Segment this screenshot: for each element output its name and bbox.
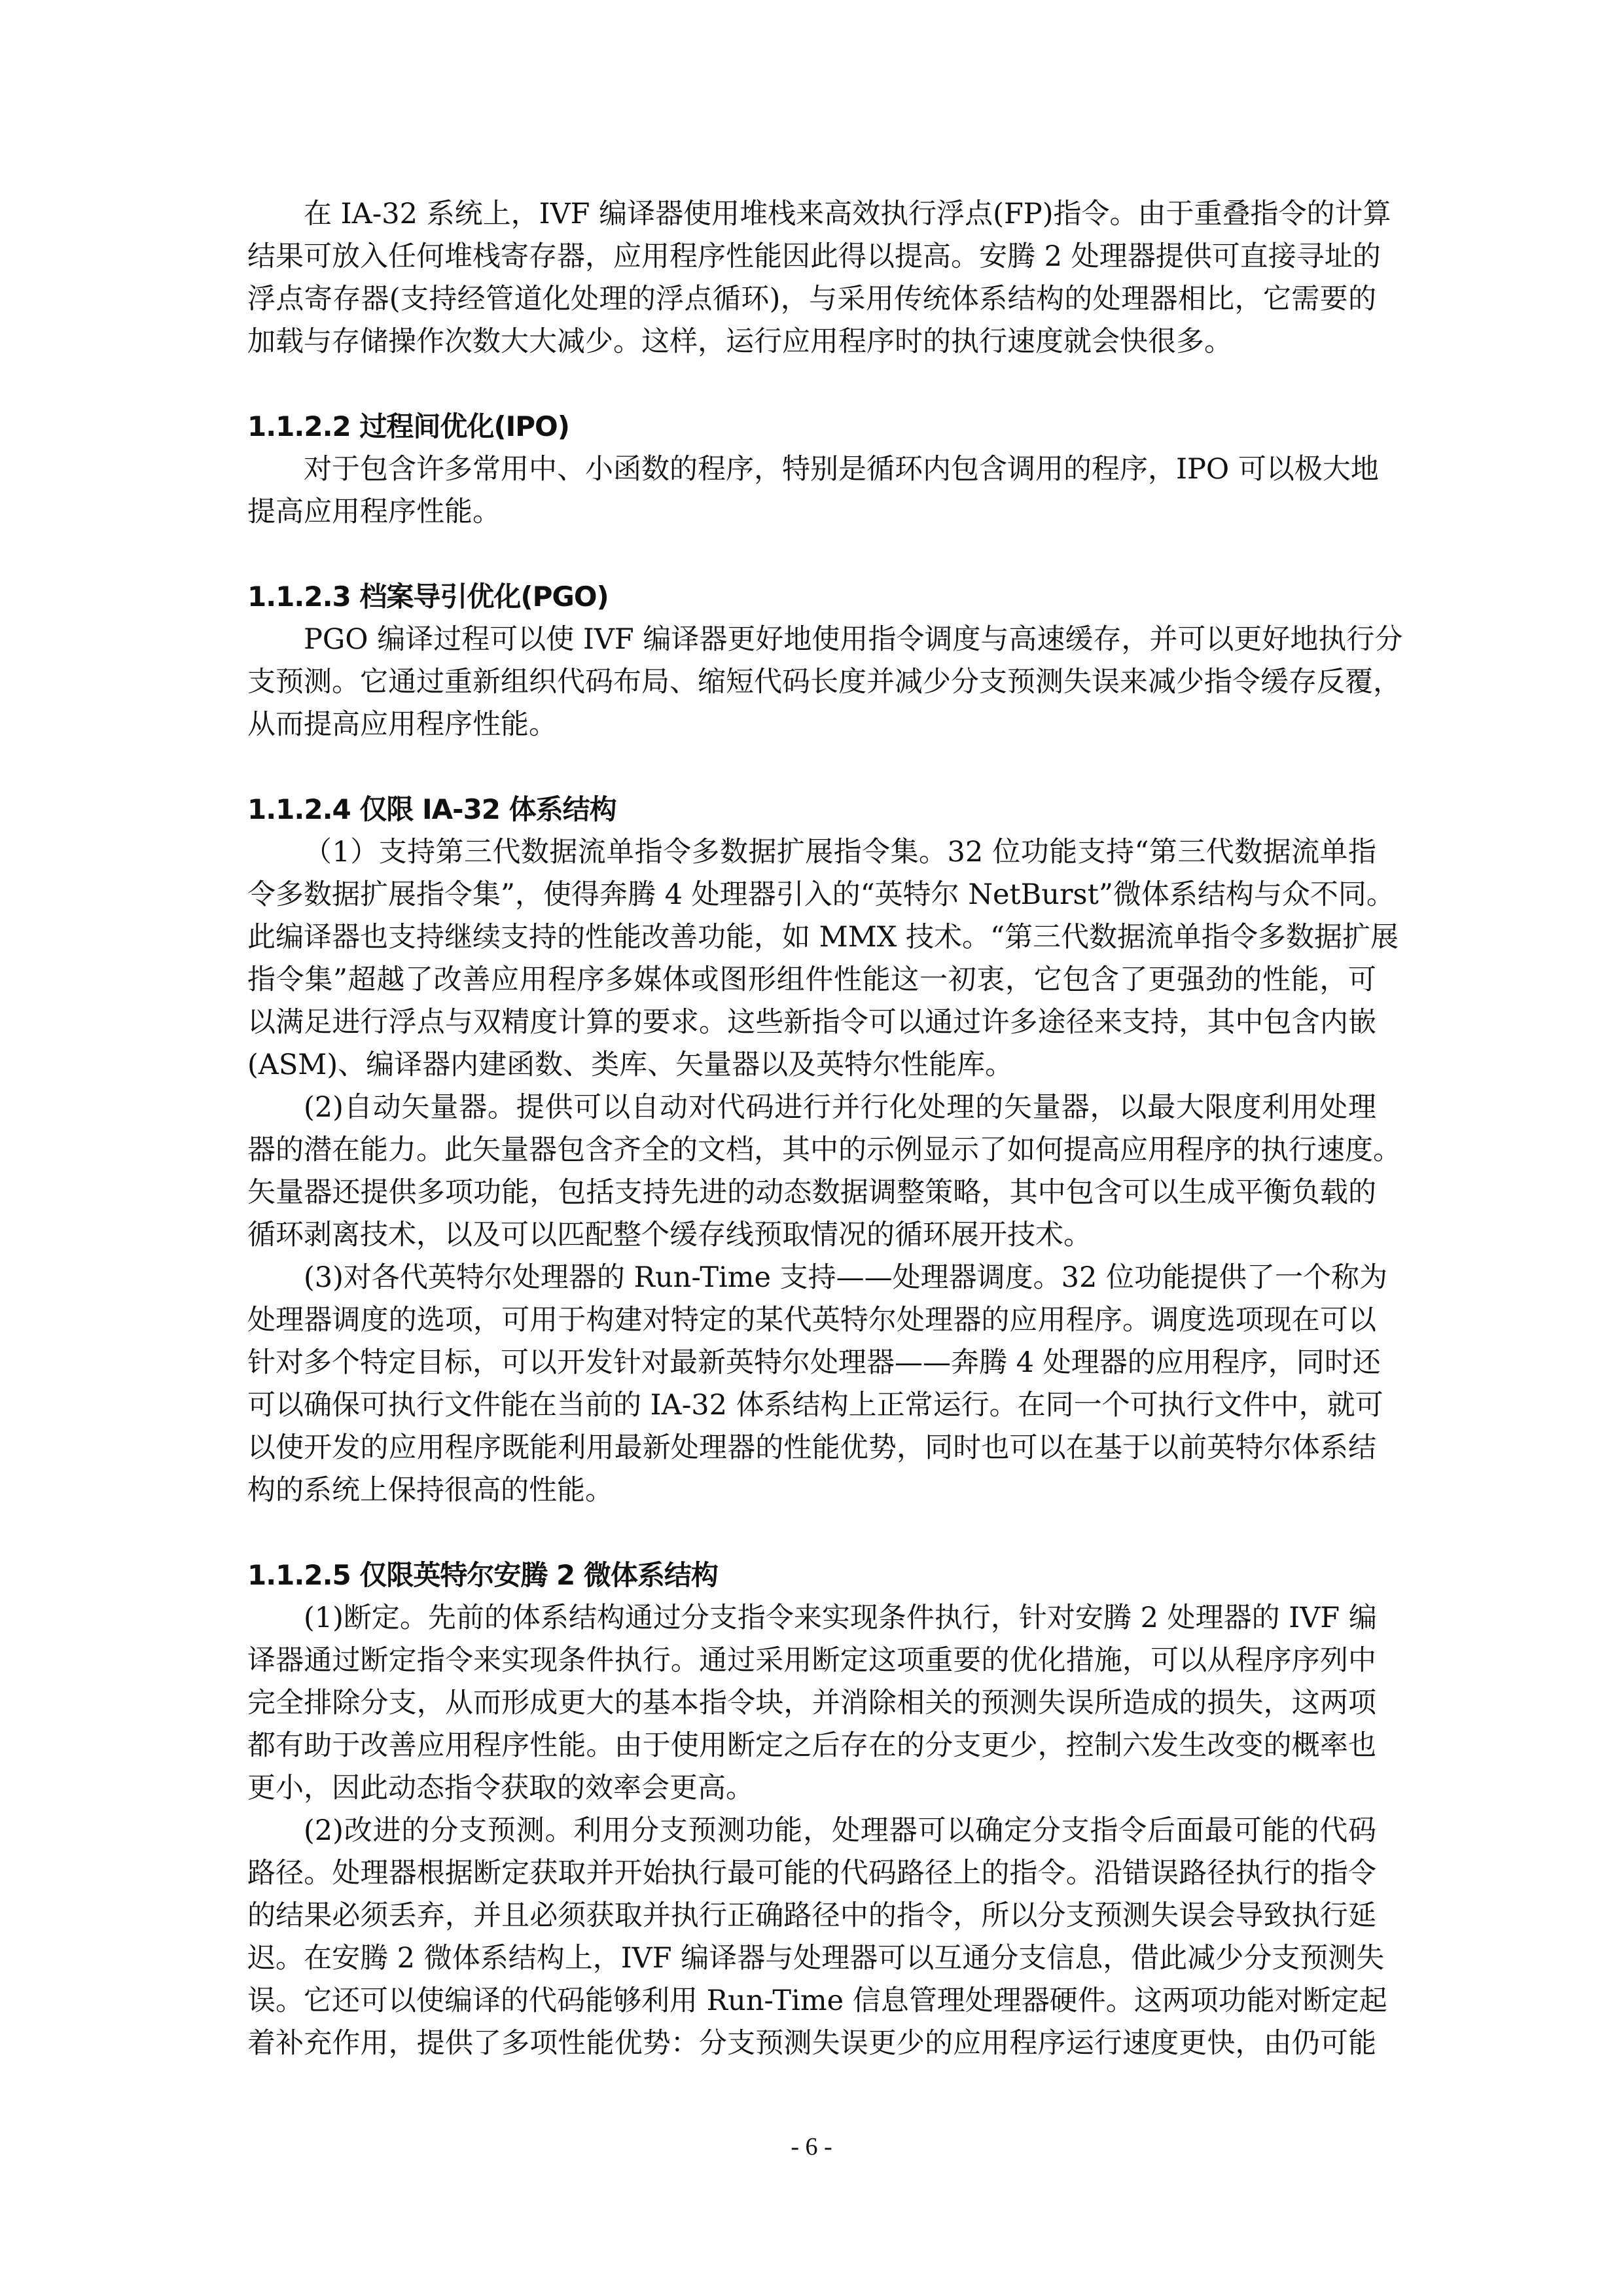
paragraph-line: 此编译器也支持继续支持的性能改善功能，如 MMX 技术。“第三代数据流单指令多数… [247, 921, 1376, 963]
paragraph-line: 循环剥离技术，以及可以匹配整个缓存线预取情况的循环展开技术。 [247, 1219, 1376, 1261]
paragraph-line: (1)断定。先前的体系结构通过分支指令来实现条件执行，针对安腾 2 处理器的 I… [304, 1602, 1376, 1644]
document-page: 在 IA-32 系统上，IVF 编译器使用堆栈来高效执行浮点(FP)指令。由于重… [0, 0, 1623, 2296]
paragraph-line: 浮点寄存器(支持经管道化处理的浮点循环)，与采用传统体系结构的处理器相比，它需要… [247, 283, 1376, 325]
paragraph-line: 提高应用程序性能。 [247, 495, 1376, 538]
paragraph-line: (3)对各代英特尔处理器的 Run-Time 支持——处理器调度。32 位功能提… [304, 1261, 1376, 1304]
paragraph-line: 着补充作用，提供了多项性能优势：分支预测失误更少的应用程序运行速度更快，由仍可能 [247, 2027, 1376, 2070]
paragraph-line: PGO 编译过程可以使 IVF 编译器更好地使用指令调度与高速缓存，并可以更好地… [304, 623, 1376, 666]
paragraph-line: (ASM)、编译器内建函数、类库、矢量器以及英特尔性能库。 [247, 1049, 1376, 1091]
paragraph-line: 译器通过断定指令来实现条件执行。通过采用断定这项重要的优化措施，可以从程序序列中 [247, 1644, 1376, 1687]
paragraph-line: 令多数据扩展指令集”，使得奔腾 4 处理器引入的“英特尔 NetBurst”微体… [247, 878, 1376, 921]
section-heading-ia32: 1.1.2.4 仅限 IA-32 体系结构 [247, 793, 1376, 836]
paragraph-line: 器的潜在能力。此矢量器包含齐全的文档，其中的示例显示了如何提高应用程序的执行速度… [247, 1134, 1376, 1176]
paragraph-line: 都有助于改善应用程序性能。由于使用断定之后存在的分支更少，控制六发生改变的概率也 [247, 1729, 1376, 1772]
paragraph-line: 对于包含许多常用中、小函数的程序，特别是循环内包含调用的程序，IPO 可以极大地 [304, 453, 1376, 495]
paragraph-line: 从而提高应用程序性能。 [247, 708, 1376, 751]
paragraph-line: 路径。处理器根据断定获取并开始执行最可能的代码路径上的指令。沿错误路径执行的指令 [247, 1857, 1376, 1899]
paragraph-line: (2)自动矢量器。提供可以自动对代码进行并行化处理的矢量器，以最大限度利用处理 [304, 1091, 1376, 1134]
paragraph-line: 完全排除分支，从而形成更大的基本指令块，并消除相关的预测失误所造成的损失，这两项 [247, 1687, 1376, 1729]
paragraph-line: 误。它还可以使编译的代码能够利用 Run-Time 信息管理处理器硬件。这两项功… [247, 1984, 1376, 2027]
section-heading-itanium2: 1.1.2.5 仅限英特尔安腾 2 微体系结构 [247, 1559, 1376, 1602]
paragraph-line: 以满足进行浮点与双精度计算的要求。这些新指令可以通过许多途径来支持，其中包含内嵌 [247, 1006, 1376, 1049]
paragraph-line: 构的系统上保持很高的性能。 [247, 1474, 1376, 1516]
section-heading-ipo: 1.1.2.2 过程间优化(IPO) [247, 410, 1376, 453]
paragraph-line: （1）支持第三代数据流单指令多数据扩展指令集。32 位功能支持“第三代数据流单指 [304, 836, 1376, 878]
paragraph-line: 针对多个特定目标，可以开发针对最新英特尔处理器——奔腾 4 处理器的应用程序，同… [247, 1346, 1376, 1389]
paragraph-line: (2)改进的分支预测。利用分支预测功能，处理器可以确定分支指令后面最可能的代码 [304, 1814, 1376, 1857]
paragraph-line: 指令集”超越了改善应用程序多媒体或图形组件性能这一初衷，它包含了更强劲的性能，可 [247, 963, 1376, 1006]
paragraph-line: 迟。在安腾 2 微体系结构上，IVF 编译器与处理器可以互通分支信息，借此减少分… [247, 1942, 1376, 1984]
paragraph-line: 以使开发的应用程序既能利用最新处理器的性能优势，同时也可以在基于以前英特尔体系结 [247, 1431, 1376, 1474]
paragraph-line: 支预测。它通过重新组织代码布局、缩短代码长度并减少分支预测失误来减少指令缓存反覆… [247, 666, 1376, 708]
paragraph-line: 结果可放入任何堆栈寄存器，应用程序性能因此得以提高。安腾 2 处理器提供可直接寻… [247, 240, 1376, 283]
paragraph-line: 可以确保可执行文件能在当前的 IA-32 体系结构上正常运行。在同一个可执行文件… [247, 1389, 1376, 1431]
paragraph-line: 在 IA-32 系统上，IVF 编译器使用堆栈来高效执行浮点(FP)指令。由于重… [304, 198, 1376, 240]
page-number: - 6 - [746, 2132, 877, 2161]
paragraph-line: 的结果必须丢弃，并且必须获取并执行正确路径中的指令，所以分支预测失误会导致执行延 [247, 1899, 1376, 1942]
paragraph-line: 矢量器还提供多项功能，包括支持先进的动态数据调整策略，其中包含可以生成平衡负载的 [247, 1176, 1376, 1219]
paragraph-line: 处理器调度的选项，可用于构建对特定的某代英特尔处理器的应用程序。调度选项现在可以 [247, 1304, 1376, 1346]
paragraph-line: 加载与存储操作次数大大减少。这样，运行应用程序时的执行速度就会快很多。 [247, 325, 1376, 368]
section-heading-pgo: 1.1.2.3 档案导引优化(PGO) [247, 581, 1376, 623]
paragraph-line: 更小，因此动态指令获取的效率会更高。 [247, 1772, 1376, 1814]
